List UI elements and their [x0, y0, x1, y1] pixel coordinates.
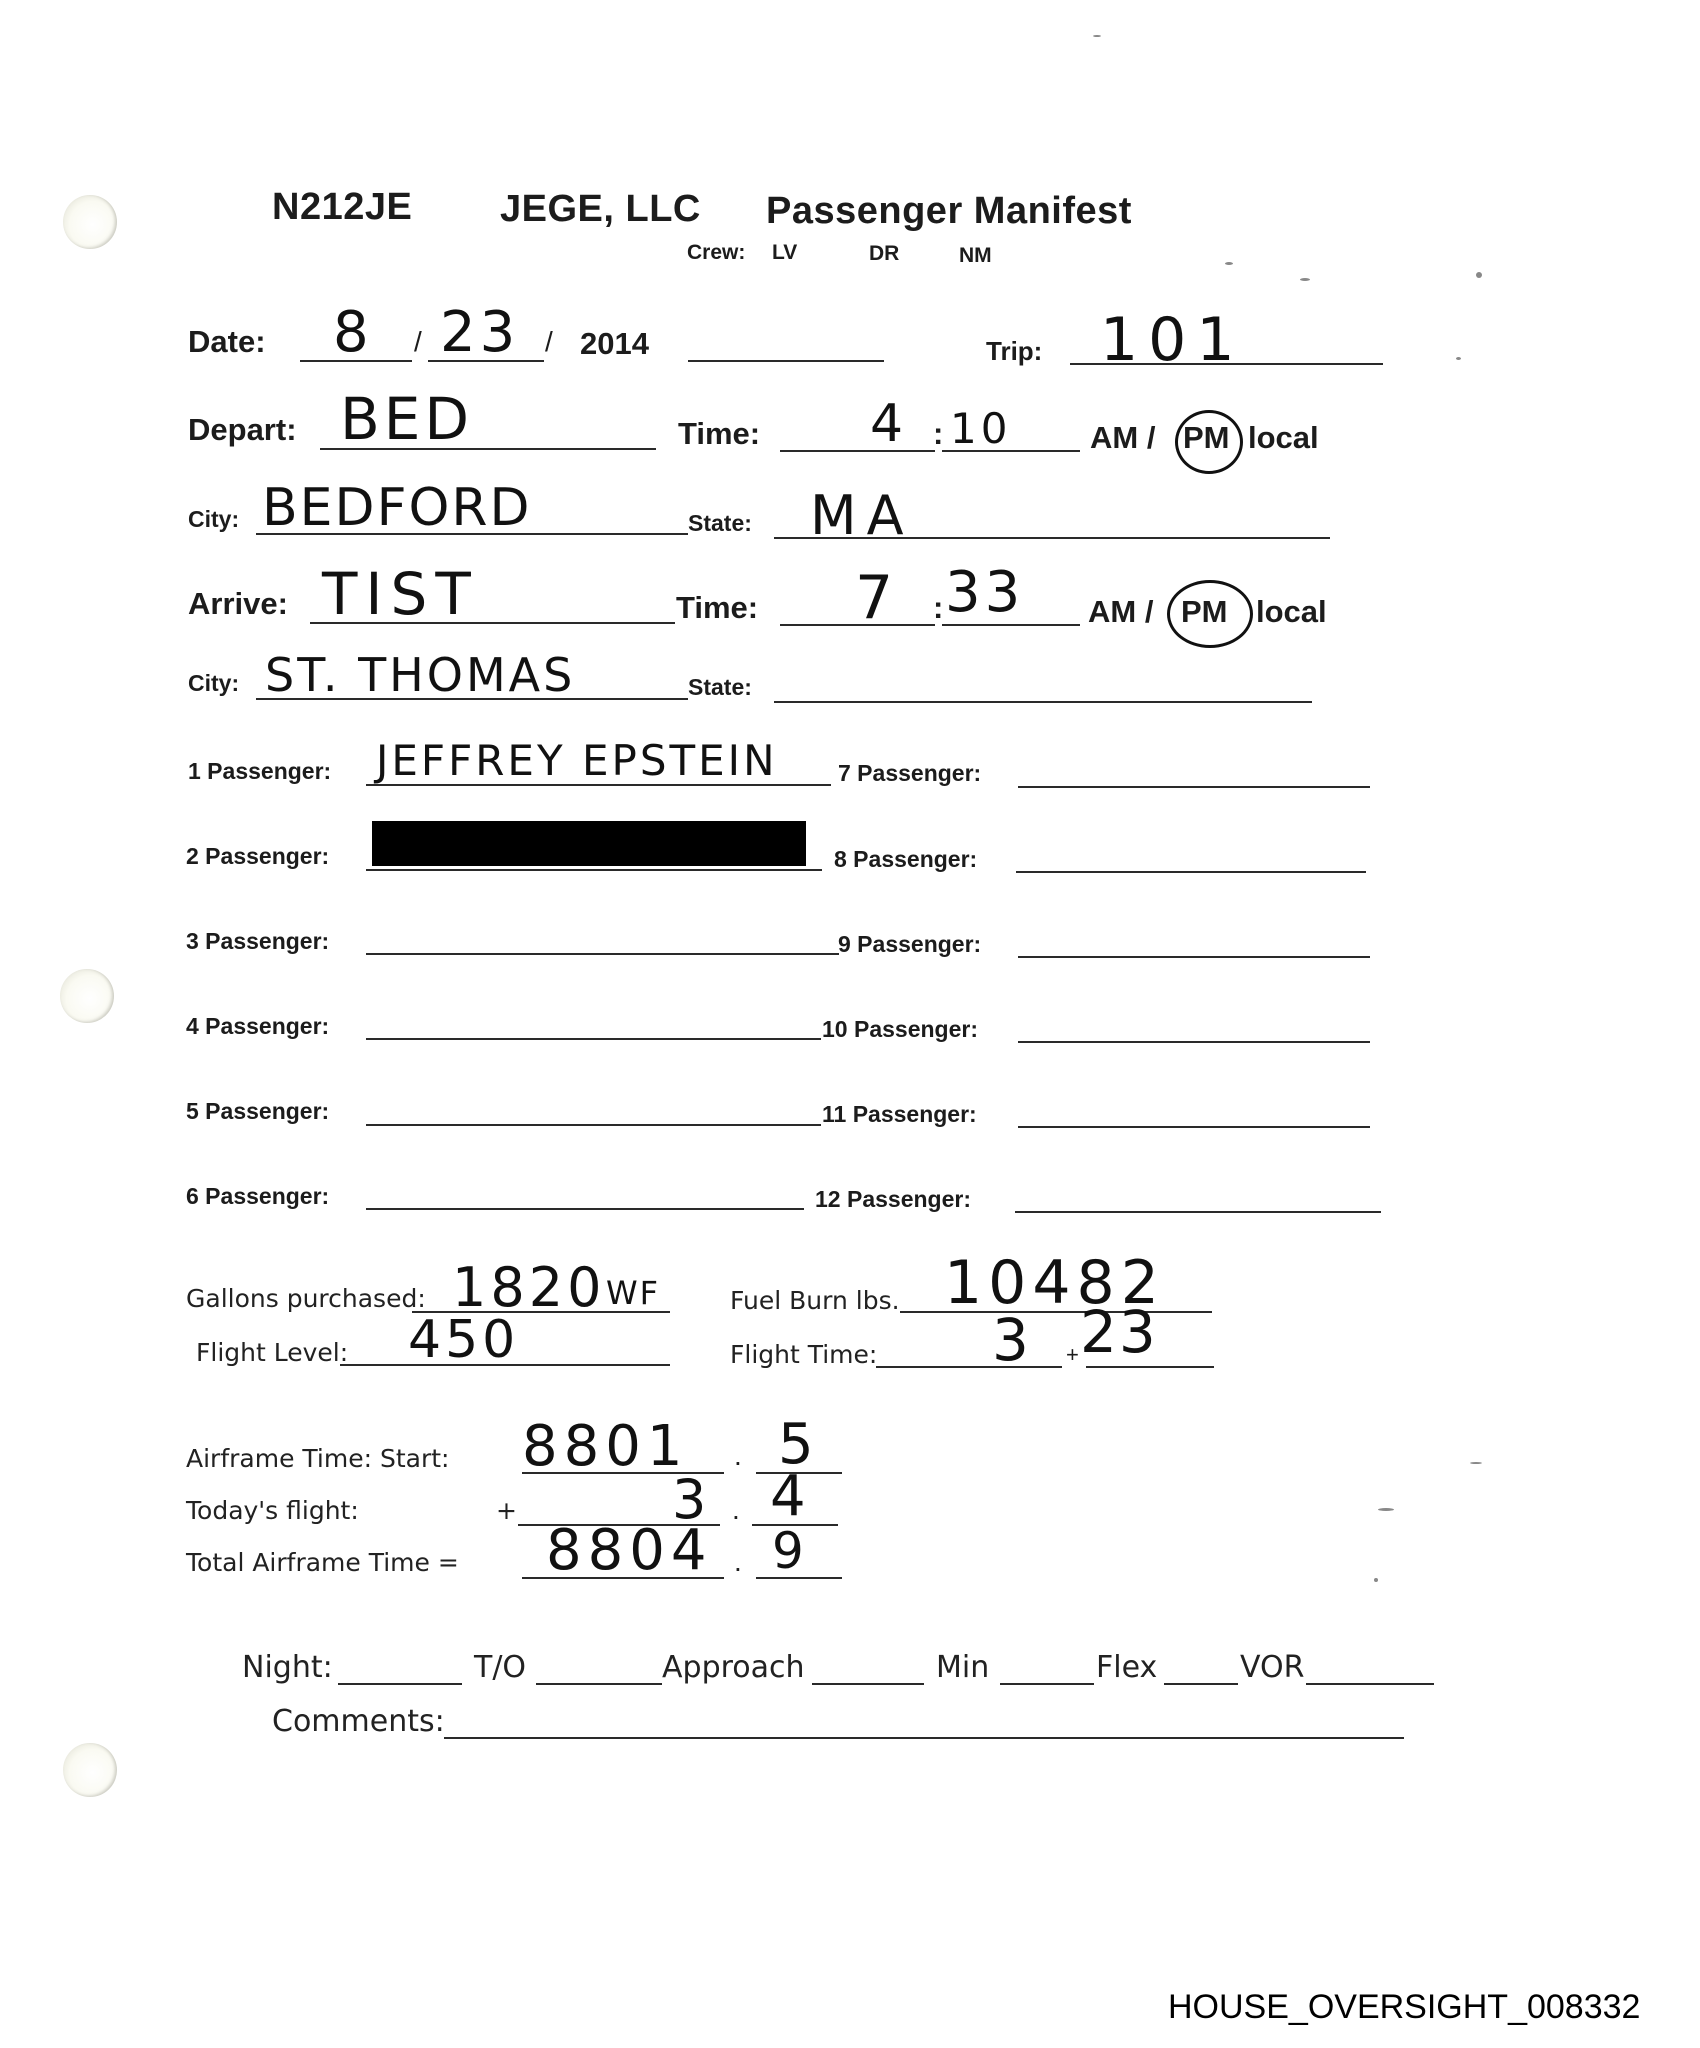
passenger-10-name[interactable]: [1018, 1041, 1370, 1043]
crew-member: NM: [959, 244, 992, 268]
passenger-4-label: 4 Passenger:: [186, 1013, 329, 1040]
passenger-1-label: 1 Passenger:: [188, 758, 331, 785]
date-label: Date:: [188, 324, 266, 360]
to-field[interactable]: [536, 1683, 662, 1685]
trip-number-field[interactable]: 101: [1100, 305, 1245, 375]
binder-hole-top: [63, 195, 117, 249]
passenger-7-name[interactable]: [1018, 786, 1370, 788]
crew-member: LV: [772, 241, 797, 265]
scan-speck: [1476, 272, 1482, 278]
passenger-10-label: 10 Passenger:: [822, 1016, 978, 1043]
arrive-time-label: Time:: [676, 590, 758, 626]
arrive-state-field[interactable]: [774, 701, 1312, 703]
depart-time-colon: :: [933, 416, 943, 452]
arrive-state-label: State:: [688, 674, 752, 701]
passenger-7-label: 7 Passenger:: [838, 760, 981, 787]
passenger-2-label: 2 Passenger:: [186, 843, 329, 870]
depart-label: Depart:: [188, 412, 297, 448]
crew-member: DR: [869, 242, 899, 266]
flight-level-label: Flight Level:: [196, 1338, 348, 1367]
decimal-point: .: [732, 1494, 740, 1526]
passenger-3-name[interactable]: [366, 953, 839, 955]
depart-minute-field[interactable]: 10: [950, 404, 1011, 453]
crew-label: Crew:: [687, 241, 745, 265]
arrive-airport-field[interactable]: TIST: [322, 560, 479, 628]
approach-label: Approach: [662, 1650, 805, 1685]
passenger-3-label: 3 Passenger:: [186, 928, 329, 955]
date-separator: /: [414, 326, 422, 358]
scan-speck: [1378, 1508, 1394, 1511]
flight-time-label: Flight Time:: [730, 1340, 877, 1369]
bates-number: HOUSE_OVERSIGHT_008332: [1168, 1988, 1640, 2027]
night-field[interactable]: [338, 1683, 462, 1685]
form-title: Passenger Manifest: [766, 190, 1132, 233]
depart-airport-field[interactable]: BED: [340, 385, 473, 453]
plus-sign: +: [496, 1496, 517, 1525]
decimal-point: .: [734, 1440, 742, 1472]
passenger-4-name[interactable]: [366, 1038, 821, 1040]
depart-time-label: Time:: [678, 416, 760, 452]
comments-field[interactable]: [444, 1737, 1404, 1739]
total-airframe-label: Total Airframe Time =: [186, 1548, 459, 1577]
comments-label: Comments:: [272, 1704, 445, 1739]
total-airframe-tenth-field[interactable]: 9: [772, 1522, 808, 1580]
airframe-start-label: Airframe Time: Start:: [186, 1444, 449, 1473]
passenger-2-name[interactable]: [366, 869, 822, 871]
min-label: Min: [936, 1650, 989, 1685]
date-day-field[interactable]: 23: [440, 300, 519, 365]
depart-hour-field[interactable]: 4: [870, 394, 907, 454]
scan-speck: [1225, 262, 1233, 265]
pm-selected-circle: [1175, 410, 1243, 474]
scan-speck: [1456, 357, 1461, 360]
approach-field[interactable]: [812, 1683, 924, 1685]
arrive-city-field[interactable]: ST. THOMAS: [265, 648, 575, 702]
min-field[interactable]: [1000, 1683, 1094, 1685]
company-name: JEGE, LLC: [500, 188, 701, 231]
date-separator: /: [545, 326, 553, 358]
scan-speck: [1093, 35, 1101, 37]
binder-hole-bottom: [63, 1743, 117, 1797]
flight-time-hours-field[interactable]: 3: [992, 1306, 1033, 1374]
scan-speck: [1470, 1462, 1482, 1464]
binder-hole-middle: [60, 969, 114, 1023]
decimal-point: .: [734, 1546, 742, 1578]
airframe-start-whole-field[interactable]: 8801: [522, 1414, 689, 1479]
passenger-1-name[interactable]: JEFFREY EPSTEIN: [376, 736, 778, 785]
passenger-8-label: 8 Passenger:: [834, 846, 977, 873]
flight-level-field[interactable]: 450: [408, 1310, 519, 1370]
passenger-12-name[interactable]: [1015, 1211, 1381, 1213]
pm-selected-circle: [1167, 580, 1253, 648]
trip-label: Trip:: [986, 336, 1042, 367]
tail-number: N212JE: [272, 186, 412, 229]
depart-local-label: local: [1248, 420, 1319, 456]
passenger-8-name[interactable]: [1016, 871, 1366, 873]
flight-time-minutes-field[interactable]: 23: [1080, 1298, 1158, 1366]
depart-state-field[interactable]: MA: [810, 484, 914, 547]
depart-city-field[interactable]: BEDFORD: [262, 478, 532, 538]
redaction-box: [372, 821, 806, 866]
passenger-5-label: 5 Passenger:: [186, 1098, 329, 1125]
to-label: T/O: [474, 1650, 526, 1685]
date-year: 2014: [580, 326, 649, 362]
arrive-minute-field[interactable]: 33: [945, 560, 1024, 625]
night-label: Night:: [242, 1650, 333, 1685]
scan-speck: [1300, 278, 1310, 281]
arrive-am-option[interactable]: AM /: [1088, 594, 1153, 630]
passenger-6-name[interactable]: [366, 1208, 804, 1210]
depart-state-label: State:: [688, 510, 752, 537]
todays-flight-tenth-field[interactable]: 4: [770, 1464, 810, 1529]
passenger-11-label: 11 Passenger:: [822, 1101, 977, 1128]
gallons-note: WF: [606, 1274, 660, 1312]
passenger-5-name[interactable]: [366, 1124, 821, 1126]
arrive-time-colon: :: [933, 590, 943, 626]
passenger-9-label: 9 Passenger:: [838, 931, 981, 958]
arrive-hour-field[interactable]: 7: [855, 563, 897, 633]
gallons-label: Gallons purchased:: [186, 1284, 426, 1313]
passenger-9-name[interactable]: [1018, 956, 1370, 958]
vor-label: VOR: [1240, 1650, 1304, 1685]
todays-flight-label: Today's flight:: [186, 1496, 359, 1525]
arrive-label: Arrive:: [188, 586, 288, 622]
flex-label: Flex: [1096, 1650, 1157, 1685]
arrive-local-label: local: [1256, 594, 1327, 630]
flight-time-separator: +: [1066, 1342, 1079, 1368]
depart-am-option[interactable]: AM /: [1090, 420, 1155, 456]
passenger-6-label: 6 Passenger:: [186, 1183, 329, 1210]
fuel-burn-label: Fuel Burn lbs.: [730, 1286, 900, 1315]
depart-city-label: City:: [188, 506, 239, 533]
scan-speck: [1374, 1578, 1378, 1582]
vor-field[interactable]: [1306, 1683, 1434, 1685]
total-airframe-whole-field[interactable]: 8804: [546, 1518, 713, 1583]
passenger-11-name[interactable]: [1018, 1126, 1370, 1128]
arrive-city-label: City:: [188, 670, 239, 697]
flex-field[interactable]: [1164, 1683, 1238, 1685]
date-blank-line: [688, 360, 884, 362]
date-month-field[interactable]: 8: [333, 300, 373, 365]
passenger-12-label: 12 Passenger:: [815, 1186, 971, 1213]
